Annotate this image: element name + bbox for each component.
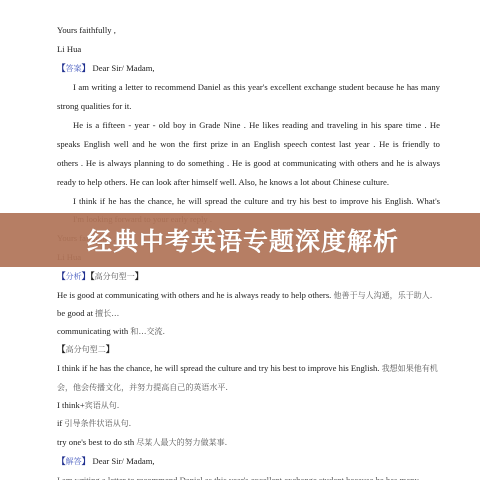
bracket-close: 】 [106,344,115,354]
closing-line: Yours faithfully , [57,25,440,36]
phrase-note: communicating with 和…交流. [57,326,440,337]
phrase-note: try one's best to do sth 尽某人最大的努力做某事. [57,437,440,448]
chinese-translation: 会，他会传播文化，并努力提高自己的英语水平. [57,383,228,392]
answer-label: 答案 [66,64,82,73]
grammar-note: if 引导条件状语从句. [57,418,440,429]
bracket-close: 】 [135,271,144,281]
bracket-close: 】 [82,63,91,73]
chinese-translation: 擅长… [95,309,119,318]
paragraph-line: others . He is always planning to do som… [57,158,440,169]
solution-heading: 【解答】 Dear Sir/ Madam, [57,456,440,467]
answer-heading: 【答案】 Dear Sir/ Madam, [57,63,440,74]
bracket-close: 】 [82,271,91,281]
banner-title: 经典中考英语专题深度解析 [87,222,399,258]
sentence-pattern-2-heading: 【高分句型二】 [57,344,440,355]
english-text: I think+ [57,400,85,410]
english-text: try one's best to do sth [57,437,134,447]
english-text: He is good at communicating with others … [57,290,331,300]
sentence-pattern-1-label: 高分句型一 [95,272,135,281]
paragraph-line: I am writing a letter to recommend Danie… [73,82,440,93]
signature-line: Li Hua [57,44,440,55]
bracket-open: 【 [57,271,66,281]
paragraph-line: strong qualities for it. [57,101,440,112]
example-sentence: I think if he has the chance, he will sp… [57,363,440,374]
solution-label: 解答 [66,457,82,466]
english-text: if [57,418,62,428]
english-text: communicating with [57,326,128,336]
example-sentence-cont: 会，他会传播文化，并努力提高自己的英语水平. [57,382,440,393]
chinese-translation: 宾语从句. [85,401,120,410]
bracket-open: 【 [57,63,66,73]
english-text: I think if he has the chance, he will sp… [57,363,379,373]
title-banner: 经典中考英语专题深度解析 [0,213,480,267]
bracket-open: 【 [57,456,66,466]
truncated-line: I am writing a letter to recommend Danie… [57,475,440,480]
grammar-note: I think+宾语从句. [57,400,440,411]
paragraph-line: ready to help others. He can look after … [57,177,440,188]
paragraph-line: I think if he has the chance, he will sp… [73,196,440,207]
chinese-translation: 尽某人最大的努力做某事. [136,438,227,447]
chinese-translation: 他善于与人沟通，乐于助人. [334,291,433,300]
bracket-open: 【 [57,344,66,354]
analysis-heading: 【分析】【高分句型一】 [57,271,440,282]
chinese-translation: 我想如果他有机 [382,364,438,373]
example-sentence: He is good at communicating with others … [57,290,440,301]
salutation: Dear Sir/ Madam, [92,63,154,73]
chinese-translation: 和…交流. [130,327,165,336]
sentence-pattern-2-label: 高分句型二 [66,345,106,354]
bracket-close: 】 [82,456,91,466]
truncated-text: I am writing a letter to recommend Danie… [57,475,419,480]
analysis-label: 分析 [66,272,82,281]
chinese-translation: 引导条件状语从句. [64,419,131,428]
phrase-note: be good at 擅长… [57,308,440,319]
paragraph-line: He is a fifteen - year - old boy in Grad… [73,120,440,131]
paragraph-line: speaks English well and he won the first… [57,139,440,150]
english-text: be good at [57,308,93,318]
salutation: Dear Sir/ Madam, [92,456,154,466]
